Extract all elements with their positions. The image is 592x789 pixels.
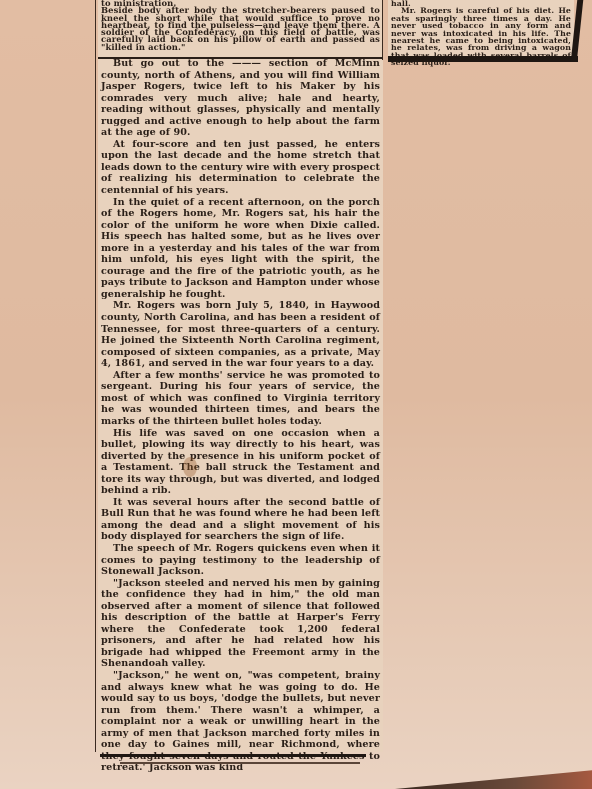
article-body: But go out to the ——— section of McMinn … — [98, 58, 383, 774]
newspaper-clipping-main: to ministration. Beside body after body … — [98, 0, 383, 752]
article-paragraph: The speech of Mr. Rogers quickens even w… — [101, 543, 380, 578]
article-paragraph: "Jackson steeled and nerved his men by g… — [101, 578, 380, 670]
article-paragraph: His life was saved on one occasion when … — [101, 428, 380, 497]
article-paragraph: In the quiet of a recent afternoon, on t… — [101, 197, 380, 301]
article-paragraph: But go out to the ——— section of McMinn … — [101, 58, 380, 139]
article-paragraph: After a few months' service he was promo… — [101, 370, 380, 428]
column-rule-right — [382, 0, 383, 60]
bottom-rule-thick — [100, 754, 366, 757]
article-paragraph: It was several hours after the second ba… — [101, 497, 380, 543]
column-rule-left — [95, 0, 96, 752]
top-paragraph-stretcher-bearers: Beside body after body the stretcher-bea… — [101, 7, 380, 51]
article-paragraph: "Jackson," he went on, "was competent, b… — [101, 670, 380, 774]
newspaper-clipping-right: hall. Mr. Rogers is careful of his diet.… — [388, 0, 574, 60]
corner-shadow — [395, 770, 592, 789]
article-paragraph: At four-score and ten just passed, he en… — [101, 139, 380, 197]
article-paragraph: Mr. Rogers was born July 5, 1840, in Hay… — [101, 300, 380, 369]
section-divider — [98, 57, 383, 59]
clipping-top-section: to ministration. Beside body after body … — [98, 0, 383, 57]
bottom-rule-thin — [120, 762, 360, 764]
clipping-right-torn-edge-bottom — [388, 56, 578, 62]
stain-mark — [183, 457, 197, 477]
